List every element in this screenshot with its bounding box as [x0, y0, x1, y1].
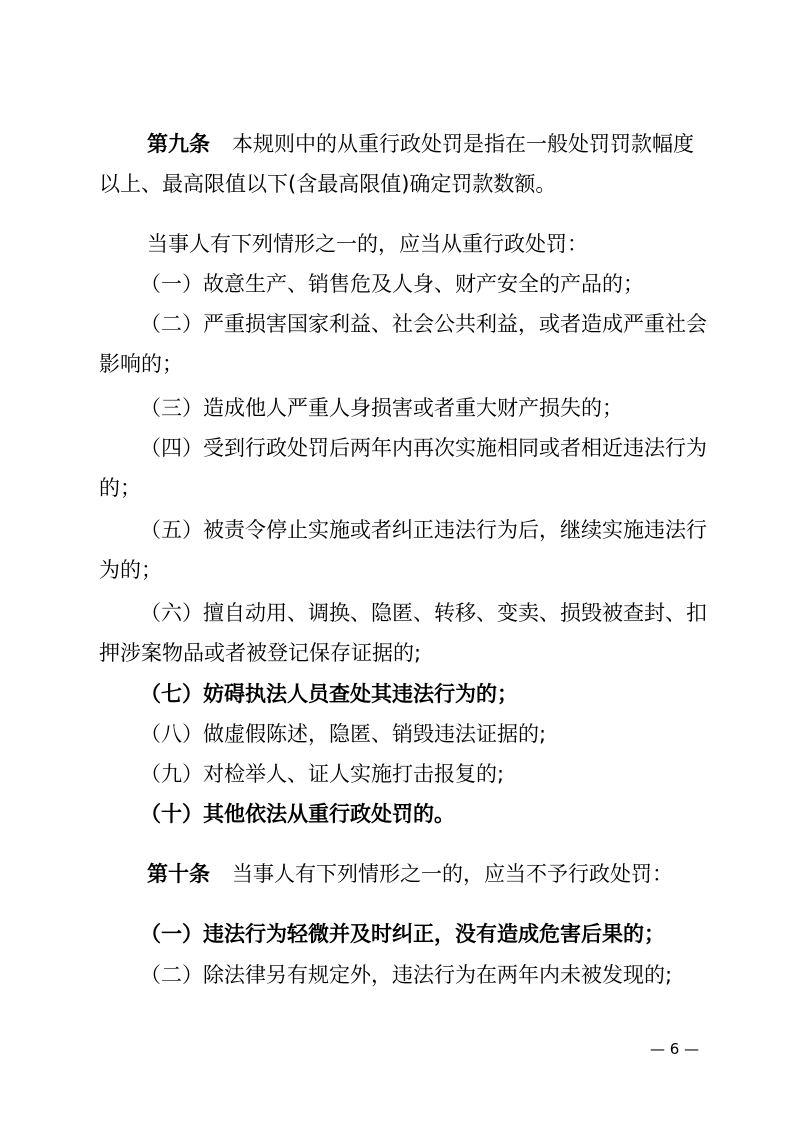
text-line: 押涉案物品或者被登记保存证据的;	[99, 641, 421, 665]
line-text: 的；	[99, 476, 141, 500]
text-line: （二）除法律另有规定外，违法行为在两年内未被发现的;	[140, 963, 672, 987]
text-line: （五）被责令停止实施或者纠正违法行为后，继续实施违法行	[140, 518, 707, 542]
line-text: 以上、最高限值以下(含最高限值)确定罚款数额。	[99, 172, 556, 196]
text-line: （一）违法行为轻微并及时纠正，没有造成危害后果的；	[140, 922, 665, 946]
article-heading-line: 第十条当事人有下列情形之一的，应当不予行政处罚：	[147, 862, 673, 886]
line-text: （三）造成他人严重人身损害或者重大财产损失的；	[140, 396, 623, 420]
line-text: 本规则中的从重行政处罚是指在一般处罚罚款幅度	[232, 132, 694, 156]
line-text: 当事人有下列情形之一的，应当从重行政处罚：	[147, 232, 588, 256]
text-line: （九）对检举人、证人实施打击报复的;	[140, 762, 504, 786]
line-text: （四）受到行政处罚后两年内再次实施相同或者相近违法行为	[140, 436, 707, 460]
text-line: 当事人有下列情形之一的，应当从重行政处罚：	[147, 232, 588, 256]
line-text: 当事人有下列情形之一的，应当不予行政处罚：	[232, 862, 673, 886]
article-heading-line: 第九条本规则中的从重行政处罚是指在一般处罚罚款幅度	[147, 132, 694, 156]
line-text: （六）擅自动用、调换、隐匿、转移、变卖、损毁被查封、扣	[140, 601, 707, 625]
line-text: 为的；	[99, 558, 162, 582]
text-line: （三）造成他人严重人身损害或者重大财产损失的；	[140, 396, 623, 420]
text-line: （四）受到行政处罚后两年内再次实施相同或者相近违法行为	[140, 436, 707, 460]
line-text: 影响的；	[99, 352, 183, 376]
line-text: （一）违法行为轻微并及时纠正，没有造成危害后果的；	[140, 922, 665, 946]
page-number: — 6 —	[650, 1040, 699, 1058]
text-line: 以上、最高限值以下(含最高限值)确定罚款数额。	[99, 172, 556, 196]
text-line: （六）擅自动用、调换、隐匿、转移、变卖、损毁被查封、扣	[140, 601, 707, 625]
line-text: （八）做虚假陈述，隐匿、销毁违法证据的;	[140, 722, 546, 746]
line-text: 押涉案物品或者被登记保存证据的;	[99, 641, 421, 665]
article-label: 第十条	[147, 862, 210, 886]
line-text: （十）其他依法从重行政处罚的。	[140, 802, 455, 826]
line-text: （二）严重损害国家利益、社会公共利益，或者造成严重社会	[140, 312, 707, 336]
line-text: （一）故意生产、销售危及人身、财产安全的产品的；	[140, 272, 644, 296]
text-line: （一）故意生产、销售危及人身、财产安全的产品的；	[140, 272, 644, 296]
line-text: （二）除法律另有规定外，违法行为在两年内未被发现的;	[140, 963, 672, 987]
article-label: 第九条	[147, 132, 210, 156]
text-line: 影响的；	[99, 352, 183, 376]
text-line: （十）其他依法从重行政处罚的。	[140, 802, 455, 826]
line-text: （七）妨碍执法人员查处其违法行为的；	[140, 682, 518, 706]
text-line: （七）妨碍执法人员查处其违法行为的；	[140, 682, 518, 706]
line-text: （九）对检举人、证人实施打击报复的;	[140, 762, 504, 786]
text-line: （二）严重损害国家利益、社会公共利益，或者造成严重社会	[140, 312, 707, 336]
line-text: （五）被责令停止实施或者纠正违法行为后，继续实施违法行	[140, 518, 707, 542]
text-line: 为的；	[99, 558, 162, 582]
text-line: （八）做虚假陈述，隐匿、销毁违法证据的;	[140, 722, 546, 746]
text-line: 的；	[99, 476, 141, 500]
